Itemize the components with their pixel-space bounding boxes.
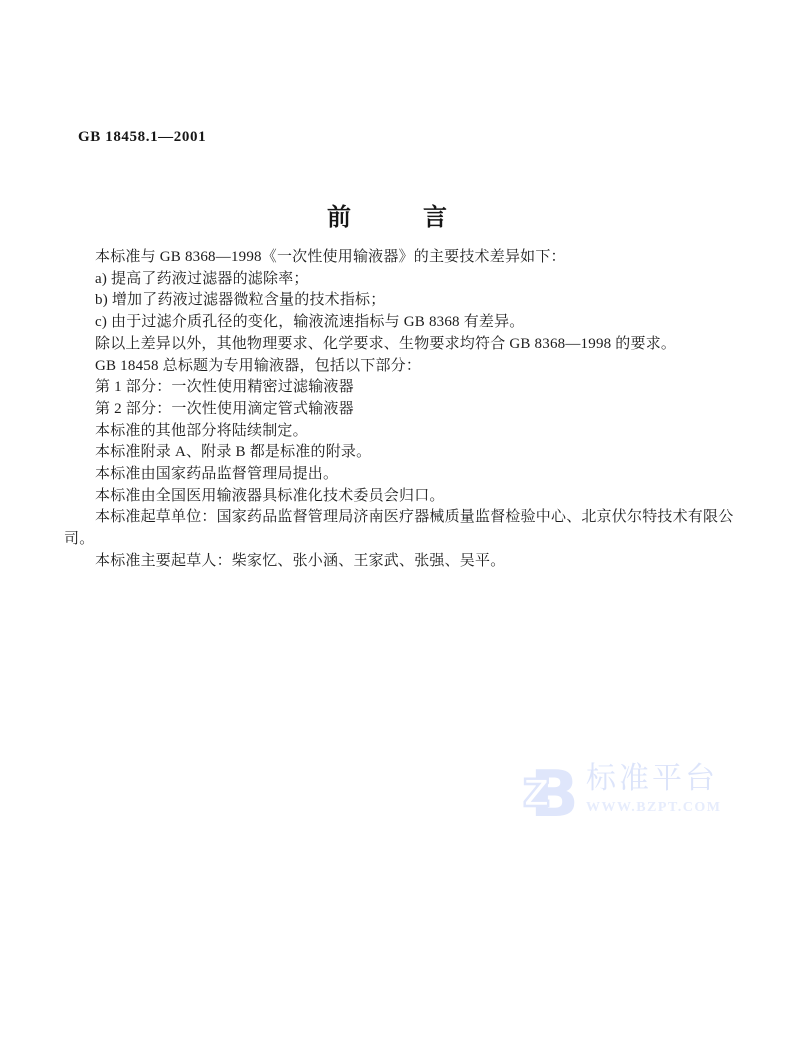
body-line: 第 2 部分：一次性使用滴定管式输液器: [64, 399, 742, 421]
bzpt-logo-icon: B Z: [523, 763, 579, 823]
body-line: GB 18458 总标题为专用输液器，包括以下部分：: [64, 356, 742, 378]
svg-text:Z: Z: [523, 772, 550, 815]
watermark-text: 标准平台 WWW.BZPT.COM: [586, 763, 721, 815]
body-line: 本标准由国家药品监督管理局提出。: [64, 464, 742, 486]
body-line: 本标准的其他部分将陆续制定。: [64, 421, 742, 443]
body-line: b) 增加了药液过滤器微粒含量的技术指标；: [64, 290, 742, 312]
foreword-body: 本标准与 GB 8368—1998《一次性使用输液器》的主要技术差异如下：a) …: [64, 247, 742, 573]
body-line: a) 提高了药液过滤器的滤除率；: [64, 269, 742, 291]
body-line: 本标准由全国医用输液器具标准化技术委员会归口。: [64, 486, 742, 508]
watermark-brand: 标准平台: [586, 763, 721, 795]
body-line: 本标准附录 A、附录 B 都是标准的附录。: [64, 442, 742, 464]
body-line: 司。: [64, 529, 742, 551]
body-line: 本标准起草单位：国家药品监督管理局济南医疗器械质量监督检验中心、北京伏尔特技术有…: [64, 507, 742, 529]
document-page: GB 18458.1—2001 前 言 本标准与 GB 8368—1998《一次…: [0, 0, 800, 1053]
body-line: 除以上差异以外，其他物理要求、化学要求、生物要求均符合 GB 8368—1998…: [64, 334, 742, 356]
body-line: 本标准主要起草人：柴家忆、张小涵、王家武、张强、吴平。: [64, 551, 742, 573]
page-title: 前 言: [0, 197, 787, 232]
body-line: 本标准与 GB 8368—1998《一次性使用输液器》的主要技术差异如下：: [64, 247, 742, 269]
watermark-url: WWW.BZPT.COM: [586, 800, 721, 815]
body-line: c) 由于过滤介质孔径的变化，输液流速指标与 GB 8368 有差异。: [64, 312, 742, 334]
body-line: 第 1 部分：一次性使用精密过滤输液器: [64, 377, 742, 399]
standard-number: GB 18458.1—2001: [78, 129, 206, 146]
watermark: B Z 标准平台 WWW.BZPT.COM: [523, 763, 721, 823]
